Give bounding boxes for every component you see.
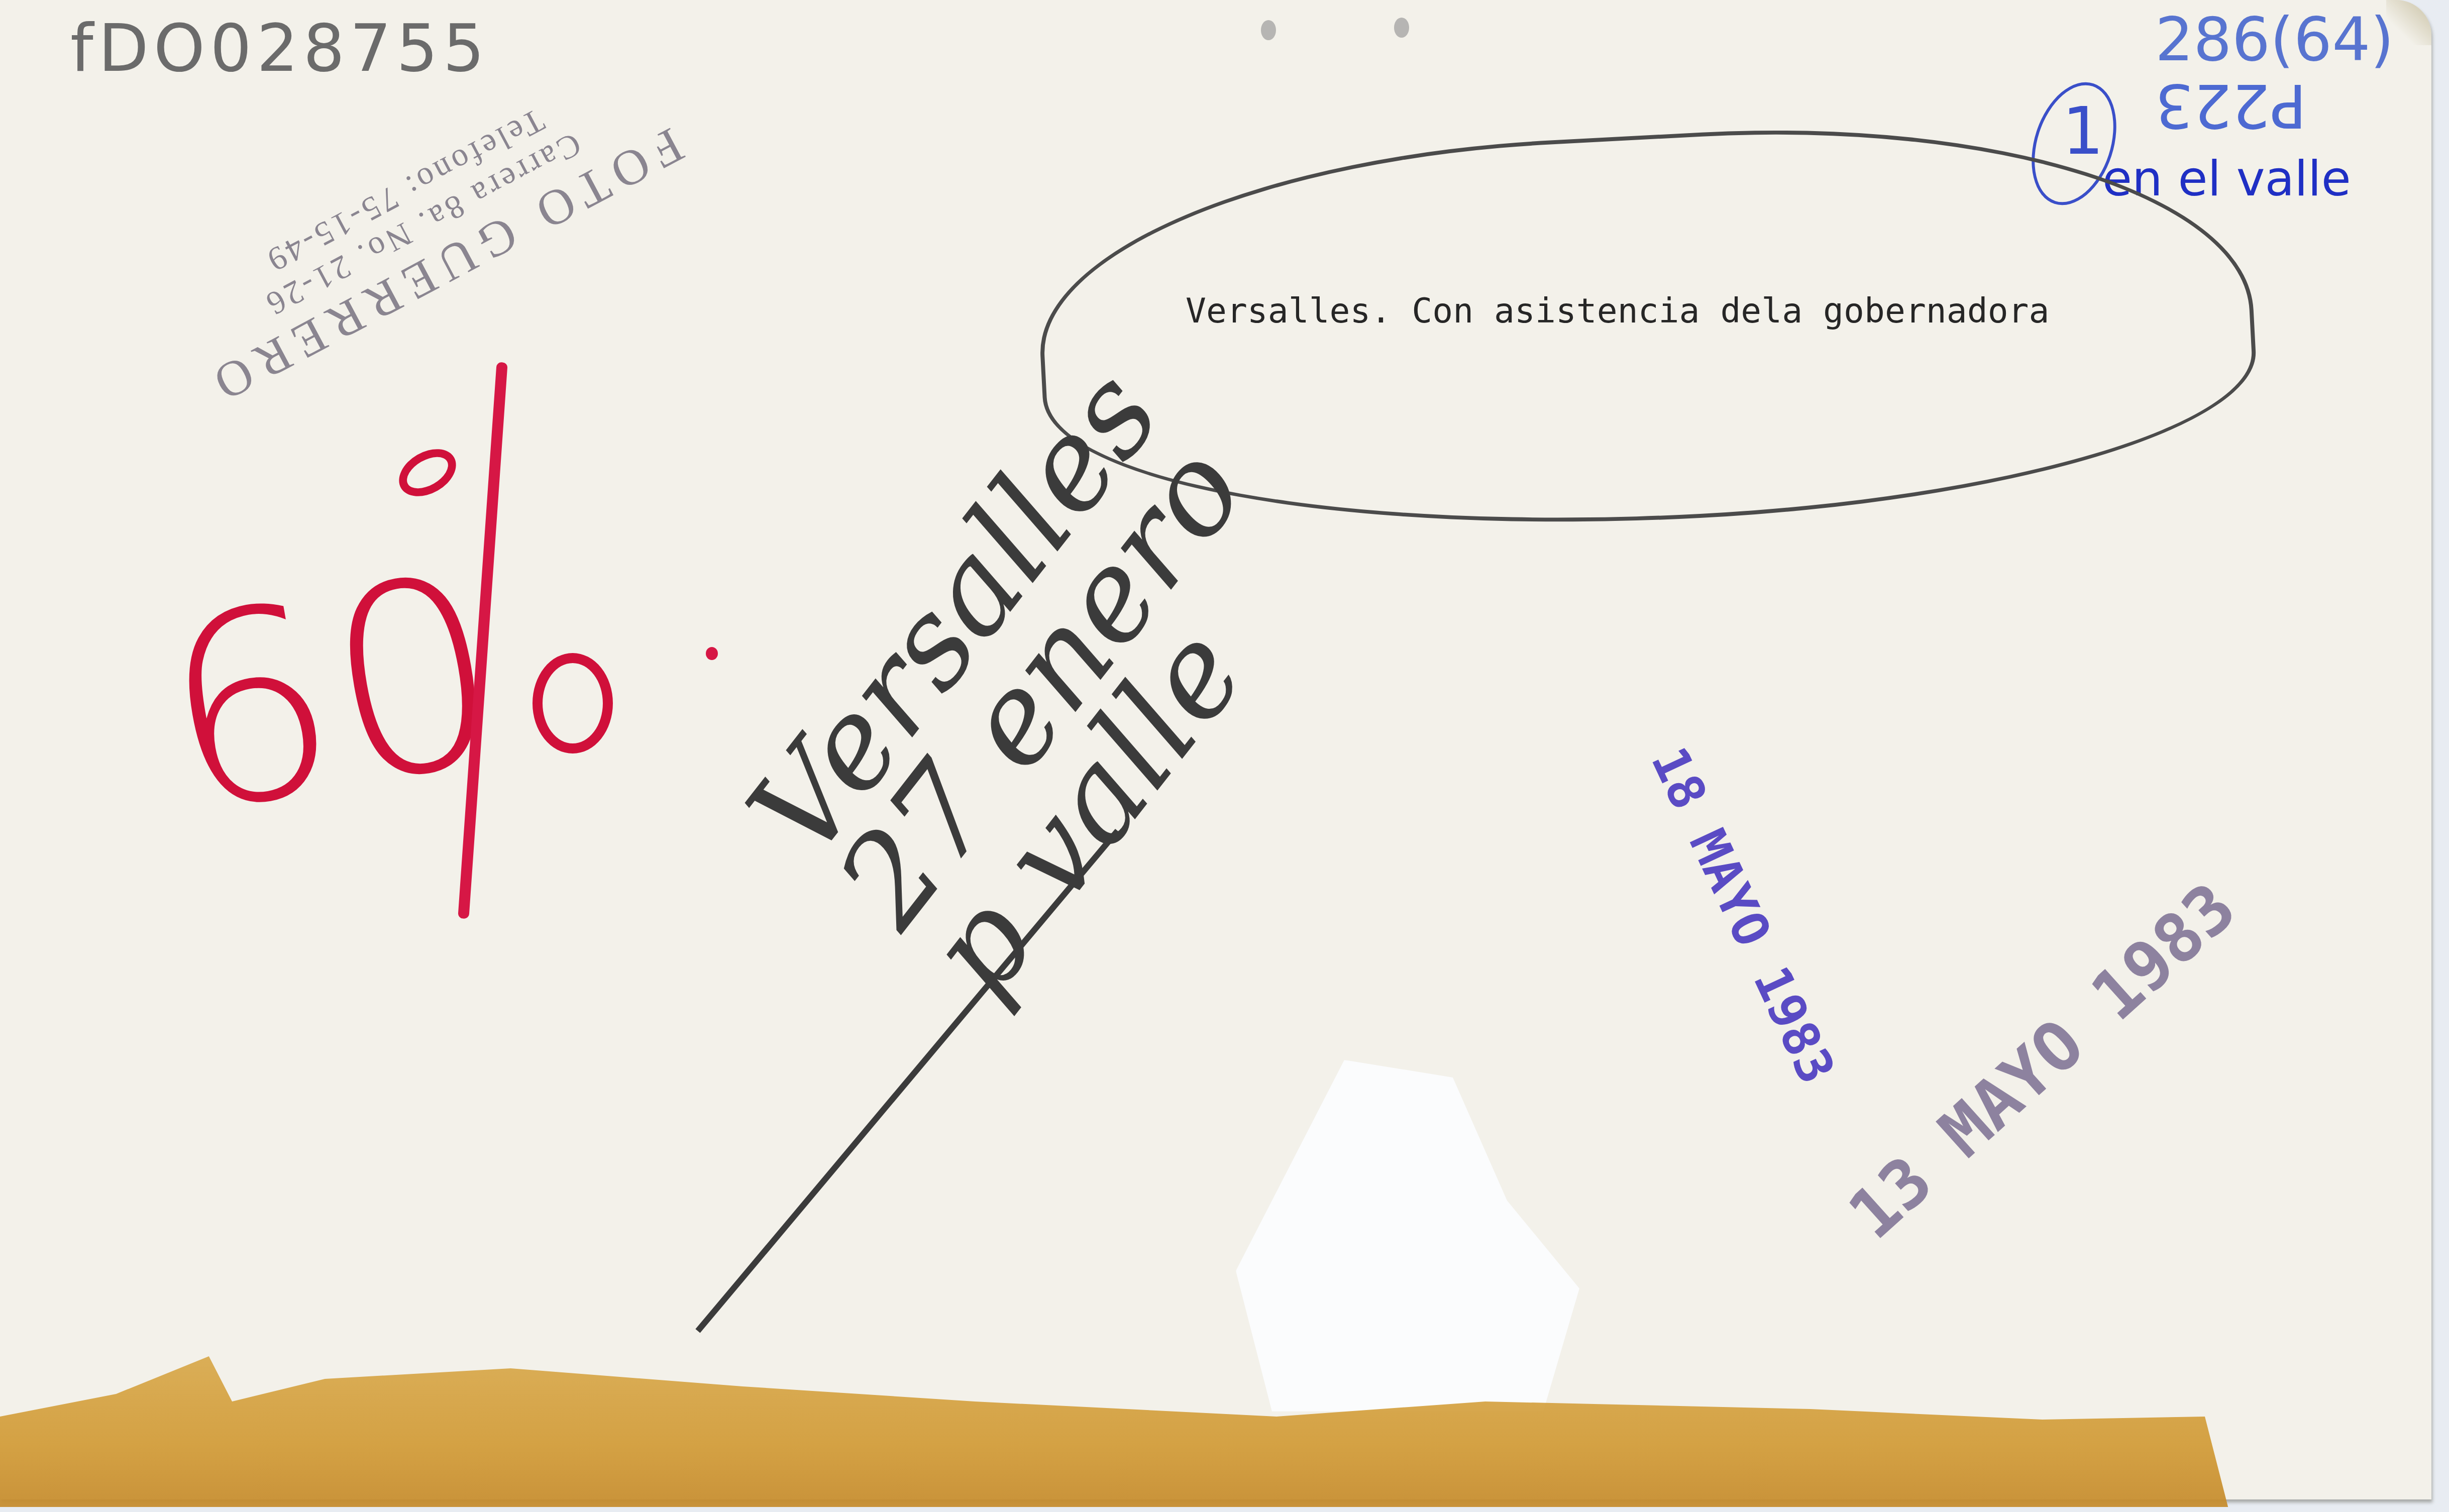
blue-circled-number: 1: [2062, 93, 2104, 169]
tape-stain: [0, 1356, 2321, 1507]
red-dot: [706, 647, 718, 660]
photo-back-paper: fDO028755 286(64) P223 1 en el valle FOT…: [0, 0, 2431, 1499]
blue-ref-number: 286(64): [2155, 5, 2394, 75]
date-stamp-grey: 13 MAYO 1983: [1834, 868, 2251, 1254]
pin-hole: [1261, 20, 1276, 40]
red-percent-top-circle: [391, 440, 465, 506]
red-percent-bottom-circle: [533, 653, 613, 753]
torn-paper-area: [1236, 1060, 1598, 1412]
stamp-address: Carrera 8a. No. 21-26: [169, 78, 675, 371]
pin-hole: [1394, 18, 1409, 38]
date-stamp-violet: 18 MAYO 1983: [1640, 738, 1846, 1092]
archive-id: fDO028755: [70, 10, 489, 86]
typed-caption: Versalles. Con asistencia dela gobernado…: [1186, 291, 2049, 331]
photographer-stamp: FOTO GUERRERO Carrera 8a. No. 21-26 Tele…: [152, 44, 703, 421]
blue-ref-code: P223: [2155, 70, 2306, 140]
